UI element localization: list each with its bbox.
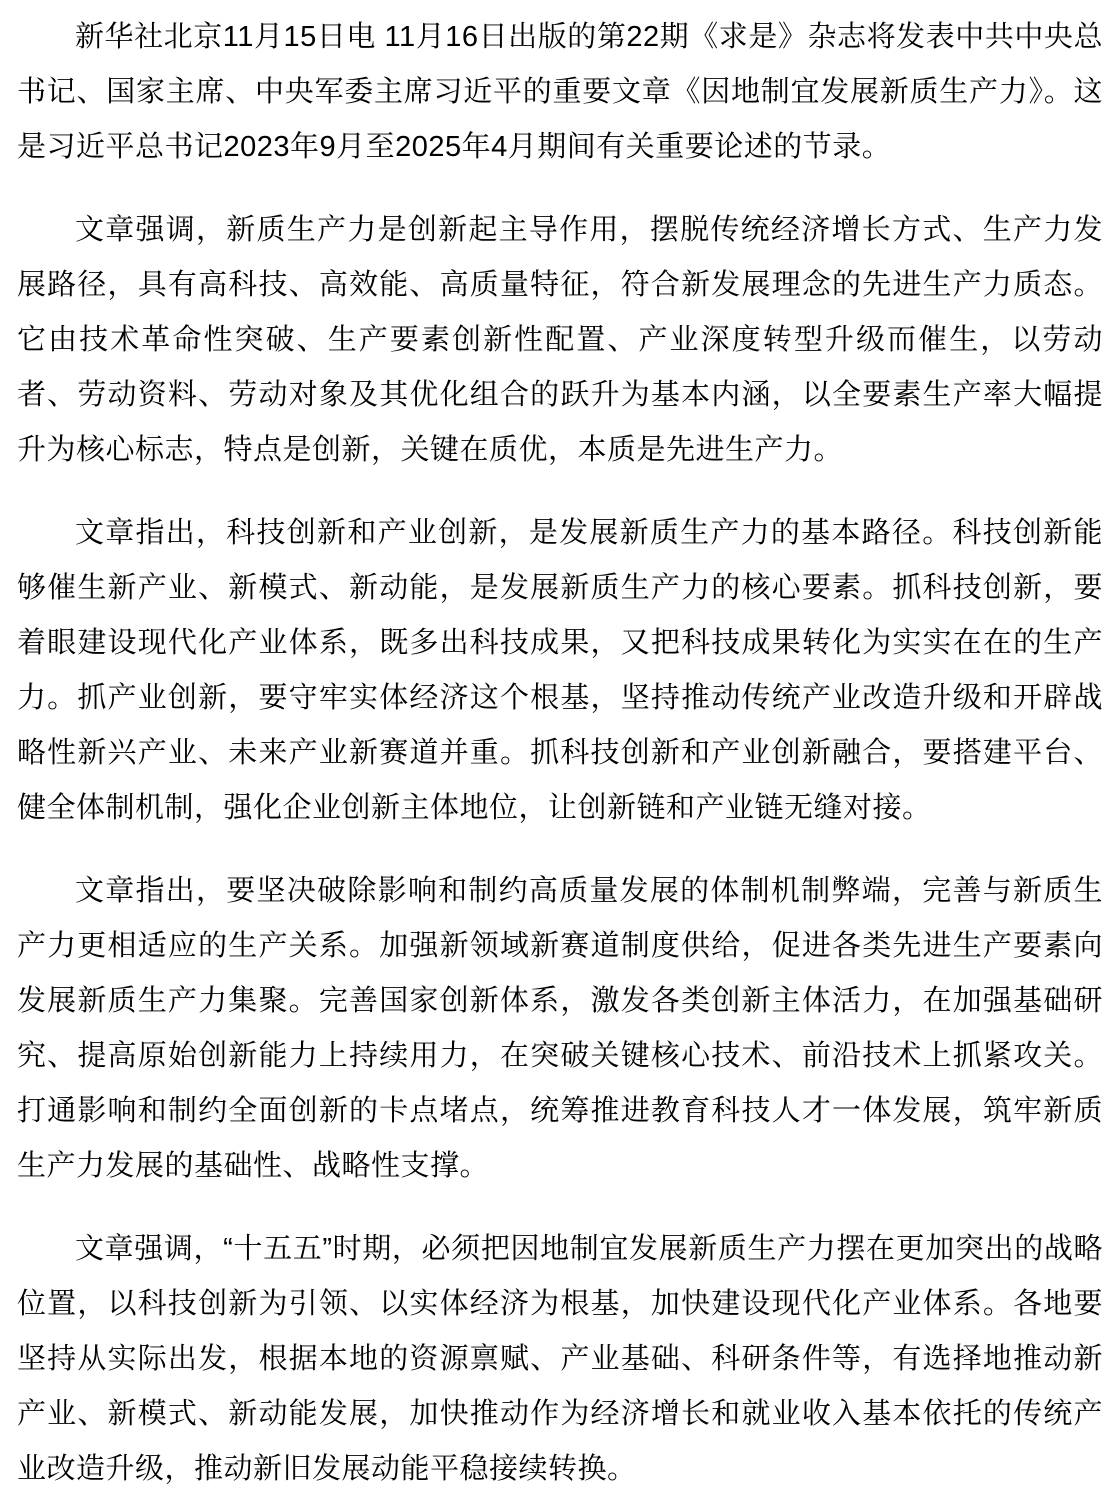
article-page: 新华社北京11月15日电 11月16日出版的第22期《求是》杂志将发表中共中央总…	[0, 0, 1120, 1507]
paragraph-emphasis-1: 文章强调，新质生产力是创新起主导作用，摆脱传统经济增长方式、生产力发展路径，具有…	[17, 203, 1103, 478]
paragraph-points-2: 文章指出，要坚决破除影响和制约高质量发展的体制机制弊端，完善与新质生产力更相适应…	[17, 864, 1103, 1194]
paragraph-points-1: 文章指出，科技创新和产业创新，是发展新质生产力的基本路径。科技创新能够催生新产业…	[17, 506, 1103, 836]
paragraph-emphasis-2: 文章强调，“十五五”时期，必须把因地制宜发展新质生产力摆在更加突出的战略位置，以…	[17, 1222, 1103, 1497]
paragraph-lede: 新华社北京11月15日电 11月16日出版的第22期《求是》杂志将发表中共中央总…	[17, 10, 1103, 175]
